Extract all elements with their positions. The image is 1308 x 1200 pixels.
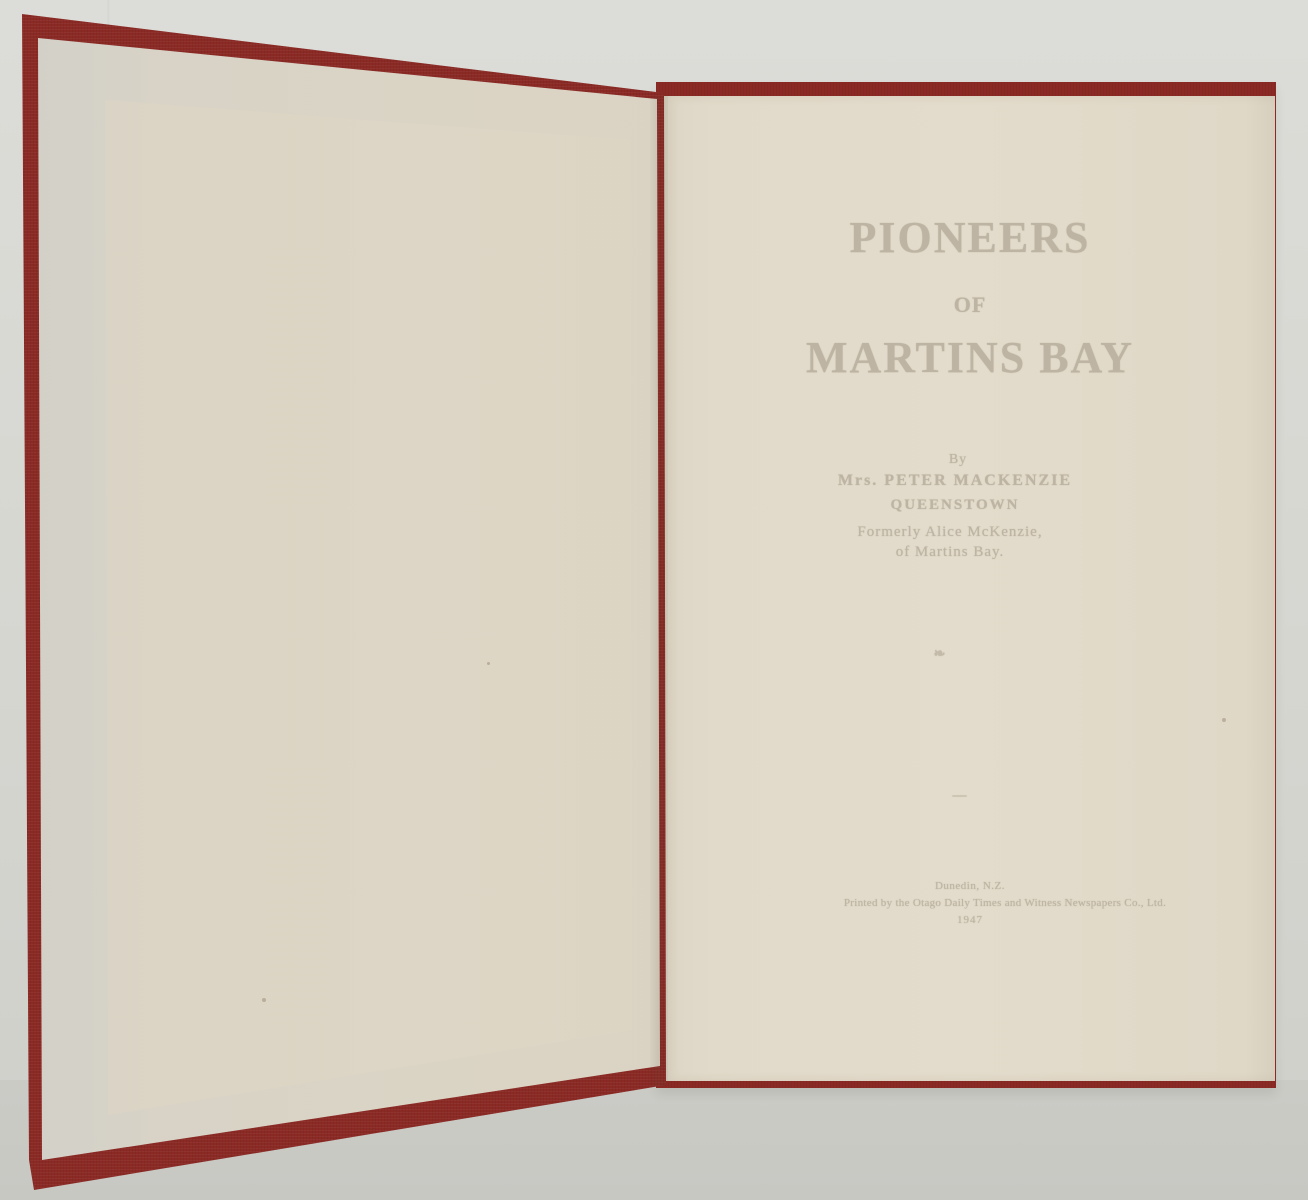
book-title-of: OF <box>740 292 1200 318</box>
book-gutter <box>650 96 668 1086</box>
author-formerly: Formerly Alice McKenzie, <box>780 524 1120 541</box>
author-of-bay: of Martins Bay. <box>780 544 1120 561</box>
author-name: Mrs. PETER MACKENZIE <box>790 472 1120 490</box>
endpaper-foxing-spot <box>262 998 266 1002</box>
author-town: QUEENSTOWN <box>790 497 1120 514</box>
printer-ornament-icon: ❧ <box>900 646 980 663</box>
book-title-line1: PIONEERS <box>740 212 1200 263</box>
imprint-printer: Printed by the Otago Daily Times and Wit… <box>775 897 1235 909</box>
book-title-line2: MARTINS BAY <box>740 332 1200 383</box>
page-foxing-spot <box>1222 718 1226 722</box>
imprint-place: Dunedin, N.Z. <box>860 880 1080 892</box>
divider-rule: — <box>920 788 1000 804</box>
byline-by: By <box>808 452 1108 468</box>
endpaper-foxing-spot <box>487 662 490 665</box>
imprint-year: 1947 <box>920 914 1020 926</box>
